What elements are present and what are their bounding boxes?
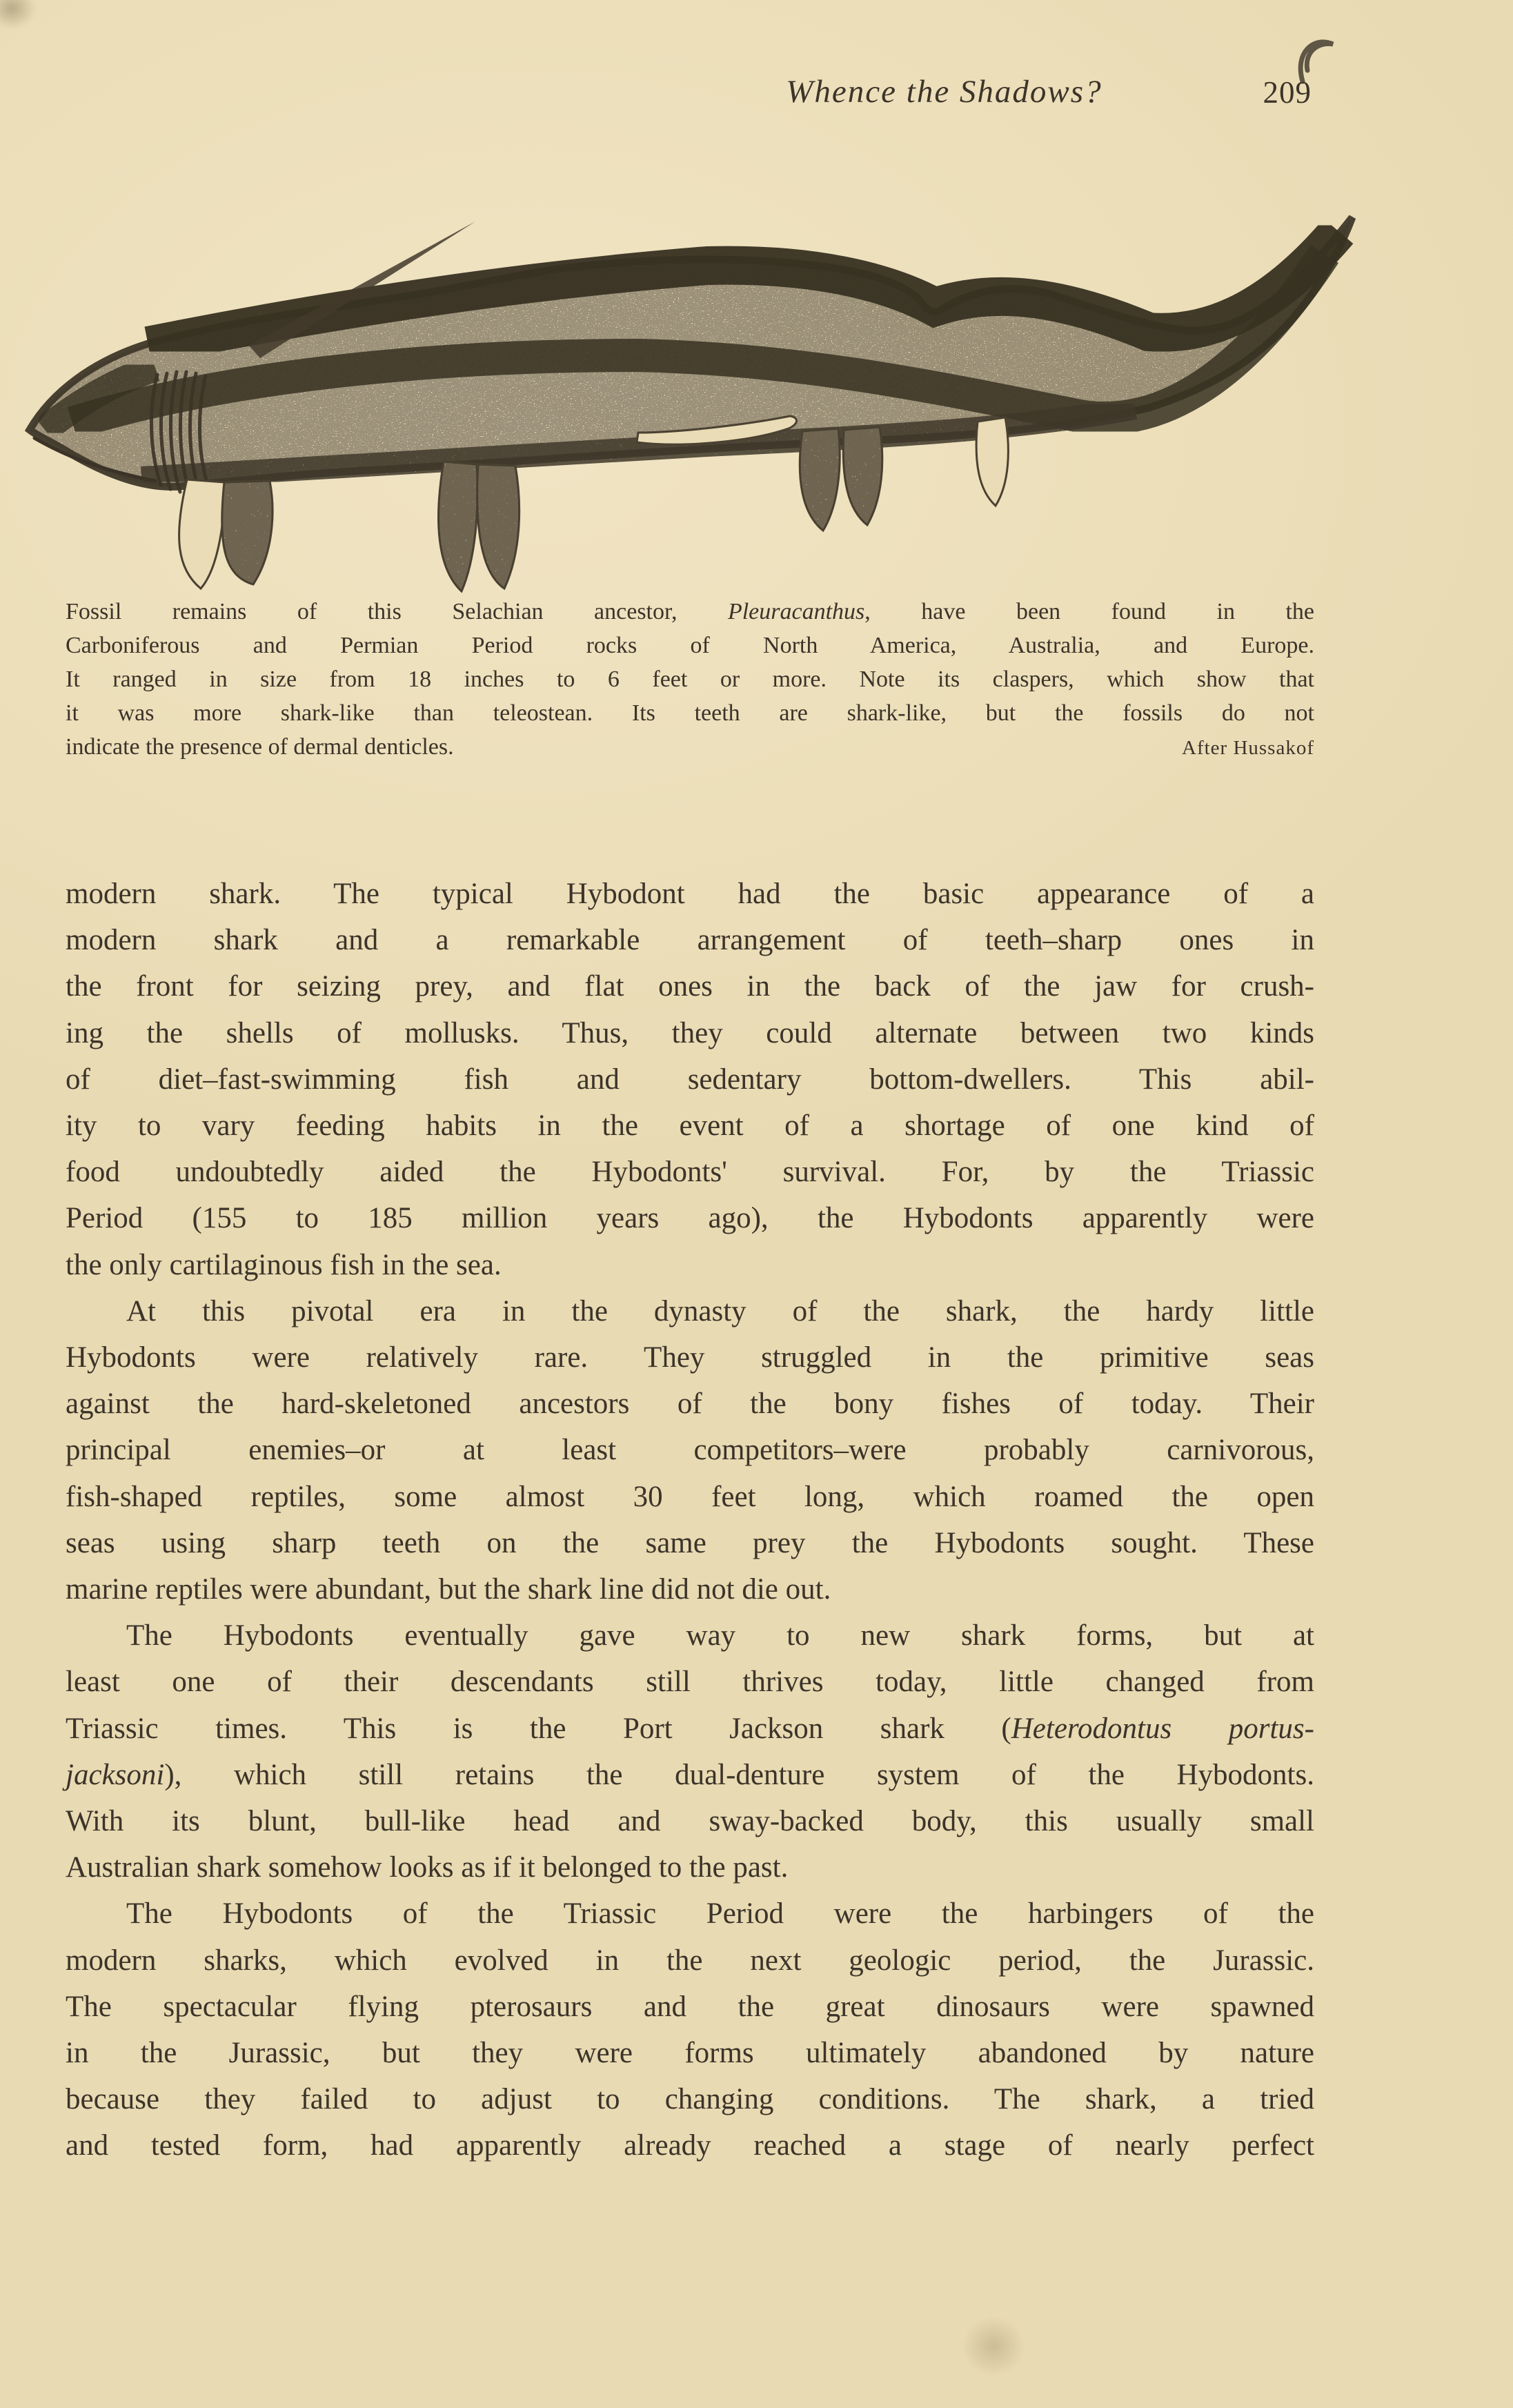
body-line: the only cartilaginous fish in the sea.: [66, 1242, 1314, 1288]
caption-line: Fossil remains of this Selachian ancesto…: [66, 595, 1314, 629]
caption-line: it was more shark-like than teleostean. …: [66, 696, 1314, 730]
body-line: because they failed to adjust to changin…: [66, 2076, 1314, 2122]
body-line: least one of their descendants still thr…: [66, 1659, 1314, 1705]
pleuracanthus-illustration: [17, 126, 1363, 594]
body-line: Period (155 to 185 million years ago), t…: [66, 1195, 1314, 1241]
body-line: The spectacular flying pterosaurs and th…: [66, 1984, 1314, 2030]
paragraph: The Hybodonts of the Triassic Period wer…: [66, 1891, 1314, 2169]
figure-caption: Fossil remains of this Selachian ancesto…: [66, 595, 1314, 765]
body-text: modern shark. The typical Hybodont had t…: [66, 871, 1314, 2169]
body-line: modern shark and a remarkable arrangemen…: [66, 917, 1314, 963]
body-line: seas using sharp teeth on the same prey …: [66, 1520, 1314, 1566]
body-line: ing the shells of mollusks. Thus, they c…: [66, 1010, 1314, 1056]
page: Whence the Shadows? 209: [0, 0, 1513, 2408]
body-line: Hybodonts were relatively rare. They str…: [66, 1334, 1314, 1381]
caption-attribution: After Hussakof: [1182, 731, 1314, 765]
body-line: the front for seizing prey, and flat one…: [66, 963, 1314, 1009]
body-line: principal enemies–or at least competitor…: [66, 1427, 1314, 1473]
body-line: With its blunt, bull-like head and sway-…: [66, 1798, 1314, 1844]
caption-line: indicate the presence of dermal denticle…: [66, 730, 1314, 765]
body-line: At this pivotal era in the dynasty of th…: [66, 1288, 1314, 1334]
paragraph: The Hybodonts eventually gave way to new…: [66, 1612, 1314, 1891]
paragraph: modern shark. The typical Hybodont had t…: [66, 871, 1314, 1288]
body-line: ity to vary feeding habits in the event …: [66, 1103, 1314, 1149]
body-line: food undoubtedly aided the Hybodonts' su…: [66, 1149, 1314, 1195]
body-line: modern sharks, which evolved in the next…: [66, 1937, 1314, 1984]
body-line: modern shark. The typical Hybodont had t…: [66, 871, 1314, 917]
page-title: Whence the Shadows?: [786, 73, 1102, 110]
caption-line: It ranged in size from 18 inches to 6 fe…: [66, 662, 1314, 696]
body-line: against the hard-skeletoned ancestors of…: [66, 1381, 1314, 1427]
nostril-dot: [78, 413, 83, 419]
body-line: jacksoni), which still retains the dual-…: [66, 1752, 1314, 1798]
caption-line: Carboniferous and Permian Period rocks o…: [66, 629, 1314, 662]
running-head: Whence the Shadows? 209: [0, 73, 1513, 121]
body-line: Australian shark somehow looks as if it …: [66, 1844, 1314, 1891]
paragraph: At this pivotal era in the dynasty of th…: [66, 1288, 1314, 1612]
body-line: of diet–fast-swimming fish and sedentary…: [66, 1056, 1314, 1103]
body-line: and tested form, had apparently already …: [66, 2122, 1314, 2169]
body-line: in the Jurassic, but they were forms ult…: [66, 2030, 1314, 2076]
body-line: fish-shaped reptiles, some almost 30 fee…: [66, 1474, 1314, 1520]
body-line: The Hybodonts of the Triassic Period wer…: [66, 1891, 1314, 1937]
scan-smudge: [962, 2317, 1025, 2376]
scan-ink-curl: [1293, 33, 1341, 87]
body-line: Triassic times. This is the Port Jackson…: [66, 1706, 1314, 1752]
scan-corner-smudge: [0, 0, 36, 29]
caption-line-text: indicate the presence of dermal denticle…: [66, 730, 454, 764]
body-line: The Hybodonts eventually gave way to new…: [66, 1612, 1314, 1659]
body-line: marine reptiles were abundant, but the s…: [66, 1566, 1314, 1612]
